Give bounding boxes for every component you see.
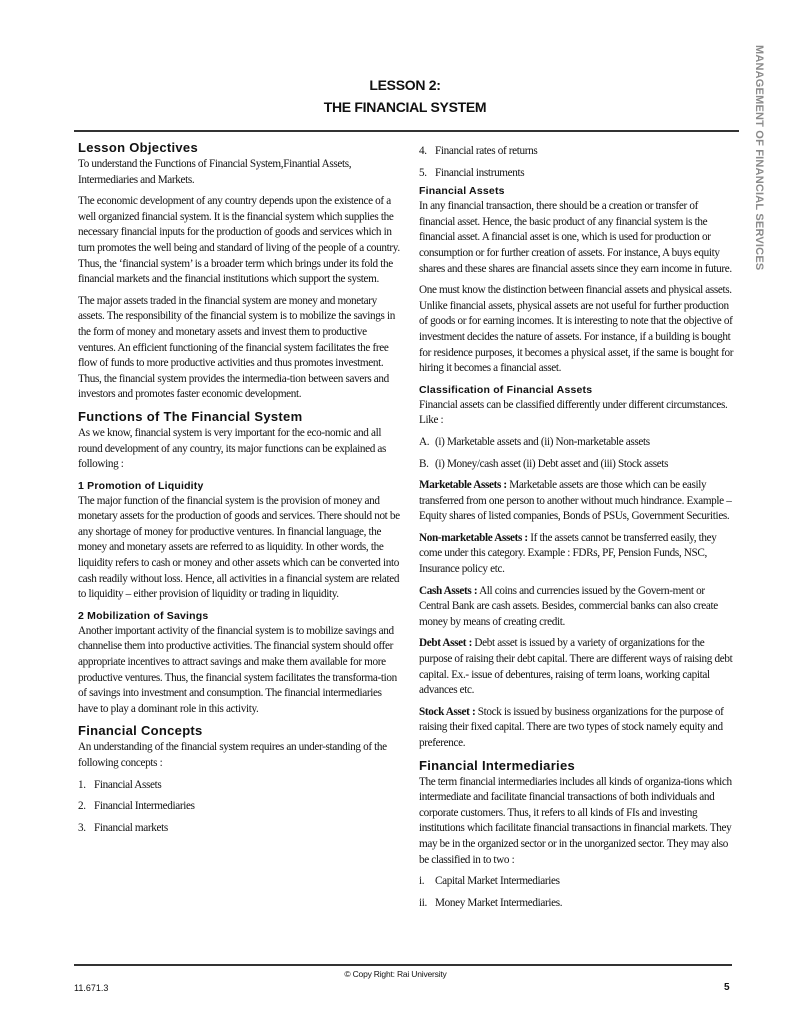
list-item: 1.Financial Assets [78,778,400,794]
list-number: 1. [78,778,94,794]
list-letter: A. [419,435,435,451]
list-label: Financial Intermediaries [94,799,195,815]
side-tick-mark [732,130,739,132]
definition-stock-asset: Stock Asset : Stock is issued by busines… [419,705,735,752]
term: Stock Asset : [419,706,475,718]
list-label: Financial markets [94,821,168,837]
paragraph: The major assets traded in the financial… [78,294,400,403]
lesson-title: THE FINANCIAL SYSTEM [70,96,740,118]
lesson-title-block: LESSON 2: THE FINANCIAL SYSTEM [70,74,740,118]
paragraph: Financial assets can be classified diffe… [419,398,735,429]
definition-non-marketable: Non-marketable Assets : If the assets ca… [419,531,735,578]
term: Non-marketable Assets : [419,532,528,544]
section-heading-functions: Functions of The Financial System [78,409,400,425]
concepts-list: 1.Financial Assets 2.Financial Intermedi… [78,778,400,837]
running-side-title: MANAGEMENT OF FINANCIAL SERVICES [745,45,765,300]
paragraph: Another important activity of the financ… [78,624,400,718]
list-item: B.(i) Money/cash asset (ii) Debt asset a… [419,457,735,473]
section-heading-concepts: Financial Concepts [78,723,400,739]
paragraph: One must know the distinction between fi… [419,283,735,377]
list-label: (i) Money/cash asset (ii) Debt asset and… [435,457,668,473]
page-number: 5 [724,982,730,993]
footer-divider [74,964,732,966]
list-item: 3.Financial markets [78,821,400,837]
intermediaries-list: i.Capital Market Intermediaries ii.Money… [419,874,735,911]
right-column: 4.Financial rates of returns 5.Financial… [419,144,735,917]
term: Marketable Assets : [419,479,507,491]
list-number: 2. [78,799,94,815]
paragraph: An understanding of the financial system… [78,740,400,771]
list-label: Money Market Intermediaries. [435,896,562,912]
document-page: LESSON 2: THE FINANCIAL SYSTEM MANAGEMEN… [0,0,791,1024]
list-label: Capital Market Intermediaries [435,874,560,890]
section-heading-intermediaries: Financial Intermediaries [419,758,735,774]
list-item: A.(i) Marketable assets and (ii) Non-mar… [419,435,735,451]
list-number: ii. [419,896,435,912]
header-divider [74,130,732,132]
left-column: Lesson Objectives To understand the Func… [78,140,400,842]
term: Cash Assets : [419,585,477,597]
subheading-savings: 2 Mobilization of Savings [78,609,400,623]
copyright-notice: © Copy Right: Rai University [0,969,791,979]
list-item: ii.Money Market Intermediaries. [419,896,735,912]
paragraph: The economic development of any country … [78,194,400,288]
list-label: Financial Assets [94,778,161,794]
list-label: Financial instruments [435,166,524,182]
subheading-liquidity: 1 Promotion of Liquidity [78,479,400,493]
paragraph: In any financial transaction, there shou… [419,199,735,277]
list-item: 2.Financial Intermediaries [78,799,400,815]
course-code: 11.671.3 [74,983,108,993]
section-heading-objectives: Lesson Objectives [78,140,400,156]
list-item: 5.Financial instruments [419,166,735,182]
list-number: 5. [419,166,435,182]
definition-cash-assets: Cash Assets : All coins and currencies i… [419,584,735,631]
concepts-list-continued: 4.Financial rates of returns 5.Financial… [419,144,735,181]
subheading-classification: Classification of Financial Assets [419,383,735,397]
list-number: i. [419,874,435,890]
list-label: Financial rates of returns [435,144,537,160]
paragraph: The term financial intermediaries includ… [419,775,735,869]
definition-marketable: Marketable Assets : Marketable assets ar… [419,478,735,525]
list-number: 3. [78,821,94,837]
term: Debt Asset : [419,637,472,649]
subheading-financial-assets: Financial Assets [419,184,735,198]
paragraph: The major function of the financial syst… [78,494,400,603]
lesson-number: LESSON 2: [70,74,740,96]
list-number: 4. [419,144,435,160]
paragraph: As we know, financial system is very imp… [78,426,400,473]
list-item: 4.Financial rates of returns [419,144,735,160]
list-letter: B. [419,457,435,473]
list-label: (i) Marketable assets and (ii) Non-marke… [435,435,650,451]
paragraph: To understand the Functions of Financial… [78,157,400,188]
list-item: i.Capital Market Intermediaries [419,874,735,890]
definition-debt-asset: Debt Asset : Debt asset is issued by a v… [419,636,735,698]
classification-list: A.(i) Marketable assets and (ii) Non-mar… [419,435,735,472]
